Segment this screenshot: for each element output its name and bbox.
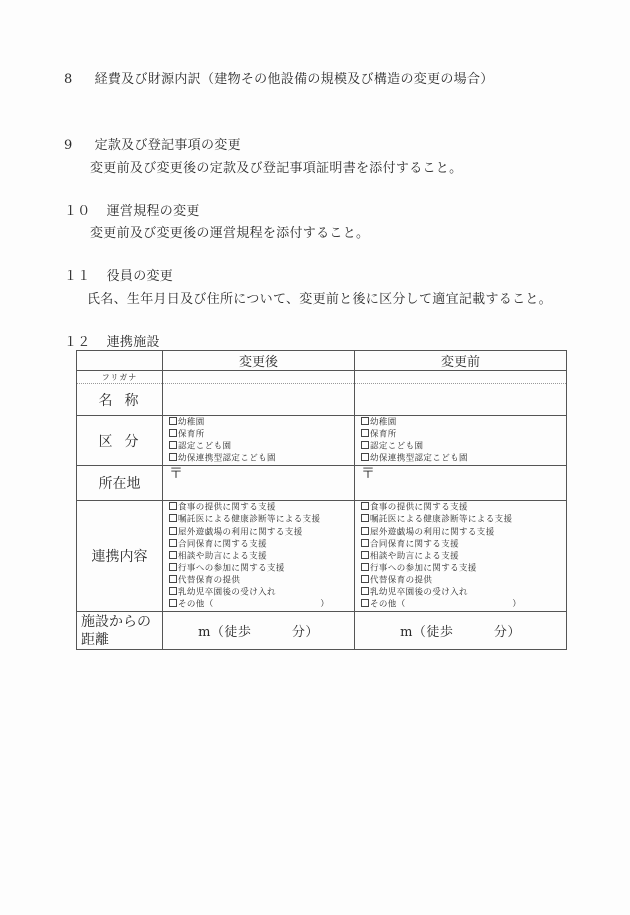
name-label: 名称 — [77, 384, 163, 416]
cooperation-after-options: 食事の提供に関する支援 嘱託医による健康診断等による支援 屋外遊戯場の利用に関す… — [163, 501, 354, 611]
name-after-field[interactable] — [163, 384, 355, 416]
header-row: 変更後 変更前 — [77, 351, 567, 371]
section-title: 経費及び財源内訳（建物その他設備の規模及び構造の変更の場合） — [95, 72, 494, 87]
category-option[interactable]: 幼保連携型認定こども園 — [361, 453, 566, 465]
postal-mark-icon: 〒 — [163, 466, 354, 482]
checkbox-icon[interactable] — [169, 563, 177, 571]
section-title: 運営規程の変更 — [107, 204, 200, 219]
cooperation-option[interactable]: 食事の提供に関する支援 — [361, 502, 566, 514]
cooperation-option[interactable]: 屋外遊戯場の利用に関する支援 — [169, 527, 354, 539]
furigana-before-field[interactable] — [355, 371, 567, 384]
checkbox-icon[interactable] — [169, 587, 177, 595]
category-option[interactable]: 認定こども園 — [361, 441, 566, 453]
category-option[interactable]: 幼稚園 — [169, 417, 354, 429]
checkbox-icon[interactable] — [169, 599, 177, 607]
section-body: 変更前及び変更後の運営規程を添付すること。 — [90, 222, 369, 241]
checkbox-icon[interactable] — [169, 551, 177, 559]
cooperation-before-cell: 食事の提供に関する支援 嘱託医による健康診断等による支援 屋外遊戯場の利用に関す… — [355, 501, 567, 612]
cooperation-option[interactable]: 食事の提供に関する支援 — [169, 502, 354, 514]
checkbox-icon[interactable] — [361, 599, 369, 607]
address-row: 所在地 〒 〒 — [77, 466, 567, 501]
cooperation-label: 連携内容 — [77, 501, 163, 612]
checkbox-icon[interactable] — [169, 527, 177, 535]
header-before: 変更前 — [355, 351, 567, 371]
section-body: 氏名、生年月日及び住所について、変更前と後に区分して適宜記載すること。 — [87, 288, 552, 307]
cooperation-option[interactable]: 嘱託医による健康診断等による支援 — [361, 514, 566, 526]
checkbox-icon[interactable] — [361, 441, 369, 449]
checkbox-icon[interactable] — [361, 587, 369, 595]
section-title: 連携施設 — [107, 335, 160, 350]
checkbox-icon[interactable] — [361, 575, 369, 583]
cooperation-option[interactable]: 相談や助言による支援 — [361, 551, 566, 563]
cooperation-option-other[interactable]: その他（ ） — [361, 599, 566, 611]
furigana-after-field[interactable] — [163, 371, 355, 384]
corner-cell — [77, 351, 163, 371]
cooperation-option[interactable]: 嘱託医による健康診断等による支援 — [169, 514, 354, 526]
cooperation-option[interactable]: 合同保育に関する支援 — [169, 539, 354, 551]
section-body: 変更前及び変更後の定款及び登記事項証明書を添付すること。 — [90, 157, 462, 176]
cooperation-before-options: 食事の提供に関する支援 嘱託医による健康診断等による支援 屋外遊戯場の利用に関す… — [355, 501, 566, 611]
category-option[interactable]: 保育所 — [361, 429, 566, 441]
furigana-row: フリガナ — [77, 371, 567, 384]
checkbox-icon[interactable] — [169, 539, 177, 547]
checkbox-icon[interactable] — [169, 441, 177, 449]
checkbox-icon[interactable] — [169, 453, 177, 461]
partner-facility-table: 変更後 変更前 フリガナ 名称 区分 幼稚園 保育所 認定こども園 幼保連携型認… — [76, 350, 567, 650]
cooperation-option[interactable]: 乳幼児卒園後の受け入れ — [169, 587, 354, 599]
section-title: 役員の変更 — [107, 269, 174, 284]
cooperation-after-cell: 食事の提供に関する支援 嘱託医による健康診断等による支援 屋外遊戯場の利用に関す… — [163, 501, 355, 612]
cooperation-option[interactable]: 合同保育に関する支援 — [361, 539, 566, 551]
category-option[interactable]: 幼保連携型認定こども園 — [169, 453, 354, 465]
category-after-cell: 幼稚園 保育所 認定こども園 幼保連携型認定こども園 — [163, 416, 355, 466]
checkbox-icon[interactable] — [361, 514, 369, 522]
checkbox-icon[interactable] — [361, 551, 369, 559]
checkbox-icon[interactable] — [169, 575, 177, 583]
category-option[interactable]: 保育所 — [169, 429, 354, 441]
name-before-field[interactable] — [355, 384, 567, 416]
cooperation-row: 連携内容 食事の提供に関する支援 嘱託医による健康診断等による支援 屋外遊戯場の… — [77, 501, 567, 612]
category-before-cell: 幼稚園 保育所 認定こども園 幼保連携型認定こども園 — [355, 416, 567, 466]
checkbox-icon[interactable] — [361, 429, 369, 437]
checkbox-icon[interactable] — [361, 563, 369, 571]
section-number: 9 — [64, 138, 73, 153]
checkbox-icon[interactable] — [169, 417, 177, 425]
checkbox-icon[interactable] — [361, 527, 369, 535]
cooperation-option[interactable]: 行事への参加に関する支援 — [361, 563, 566, 575]
address-after-field[interactable]: 〒 — [163, 466, 355, 501]
category-after-options: 幼稚園 保育所 認定こども園 幼保連携型認定こども園 — [163, 416, 354, 465]
distance-before-field[interactable]: m（徒歩 分） — [355, 612, 567, 650]
distance-label: 施設からの距離 — [77, 612, 163, 650]
header-after: 変更後 — [163, 351, 355, 371]
checkbox-icon[interactable] — [361, 417, 369, 425]
category-option[interactable]: 幼稚園 — [361, 417, 566, 429]
checkbox-icon[interactable] — [169, 514, 177, 522]
category-row: 区分 幼稚園 保育所 認定こども園 幼保連携型認定こども園 幼稚園 保育所 認定… — [77, 416, 567, 466]
category-option[interactable]: 認定こども園 — [169, 441, 354, 453]
cooperation-option-other[interactable]: その他（ ） — [169, 599, 354, 611]
distance-row: 施設からの距離 m（徒歩 分） m（徒歩 分） — [77, 612, 567, 650]
section-number: １０ — [64, 200, 91, 219]
checkbox-icon[interactable] — [169, 429, 177, 437]
address-before-field[interactable]: 〒 — [355, 466, 567, 501]
category-label: 区分 — [77, 416, 163, 466]
section-number: 8 — [64, 72, 73, 87]
cooperation-option[interactable]: 屋外遊戯場の利用に関する支援 — [361, 527, 566, 539]
checkbox-icon[interactable] — [361, 502, 369, 510]
section-title: 定款及び登記事項の変更 — [95, 138, 241, 153]
section-number: １２ — [64, 331, 91, 350]
name-row: 名称 — [77, 384, 567, 416]
cooperation-option[interactable]: 行事への参加に関する支援 — [169, 563, 354, 575]
section-number: １１ — [64, 265, 91, 284]
cooperation-option[interactable]: 乳幼児卒園後の受け入れ — [361, 587, 566, 599]
checkbox-icon[interactable] — [169, 502, 177, 510]
distance-after-field[interactable]: m（徒歩 分） — [163, 612, 355, 650]
cooperation-option[interactable]: 代替保育の提供 — [361, 575, 566, 587]
address-label: 所在地 — [77, 466, 163, 501]
furigana-label: フリガナ — [77, 371, 163, 384]
cooperation-option[interactable]: 相談や助言による支援 — [169, 551, 354, 563]
checkbox-icon[interactable] — [361, 539, 369, 547]
postal-mark-icon: 〒 — [355, 466, 566, 482]
category-before-options: 幼稚園 保育所 認定こども園 幼保連携型認定こども園 — [355, 416, 566, 465]
checkbox-icon[interactable] — [361, 453, 369, 461]
cooperation-option[interactable]: 代替保育の提供 — [169, 575, 354, 587]
